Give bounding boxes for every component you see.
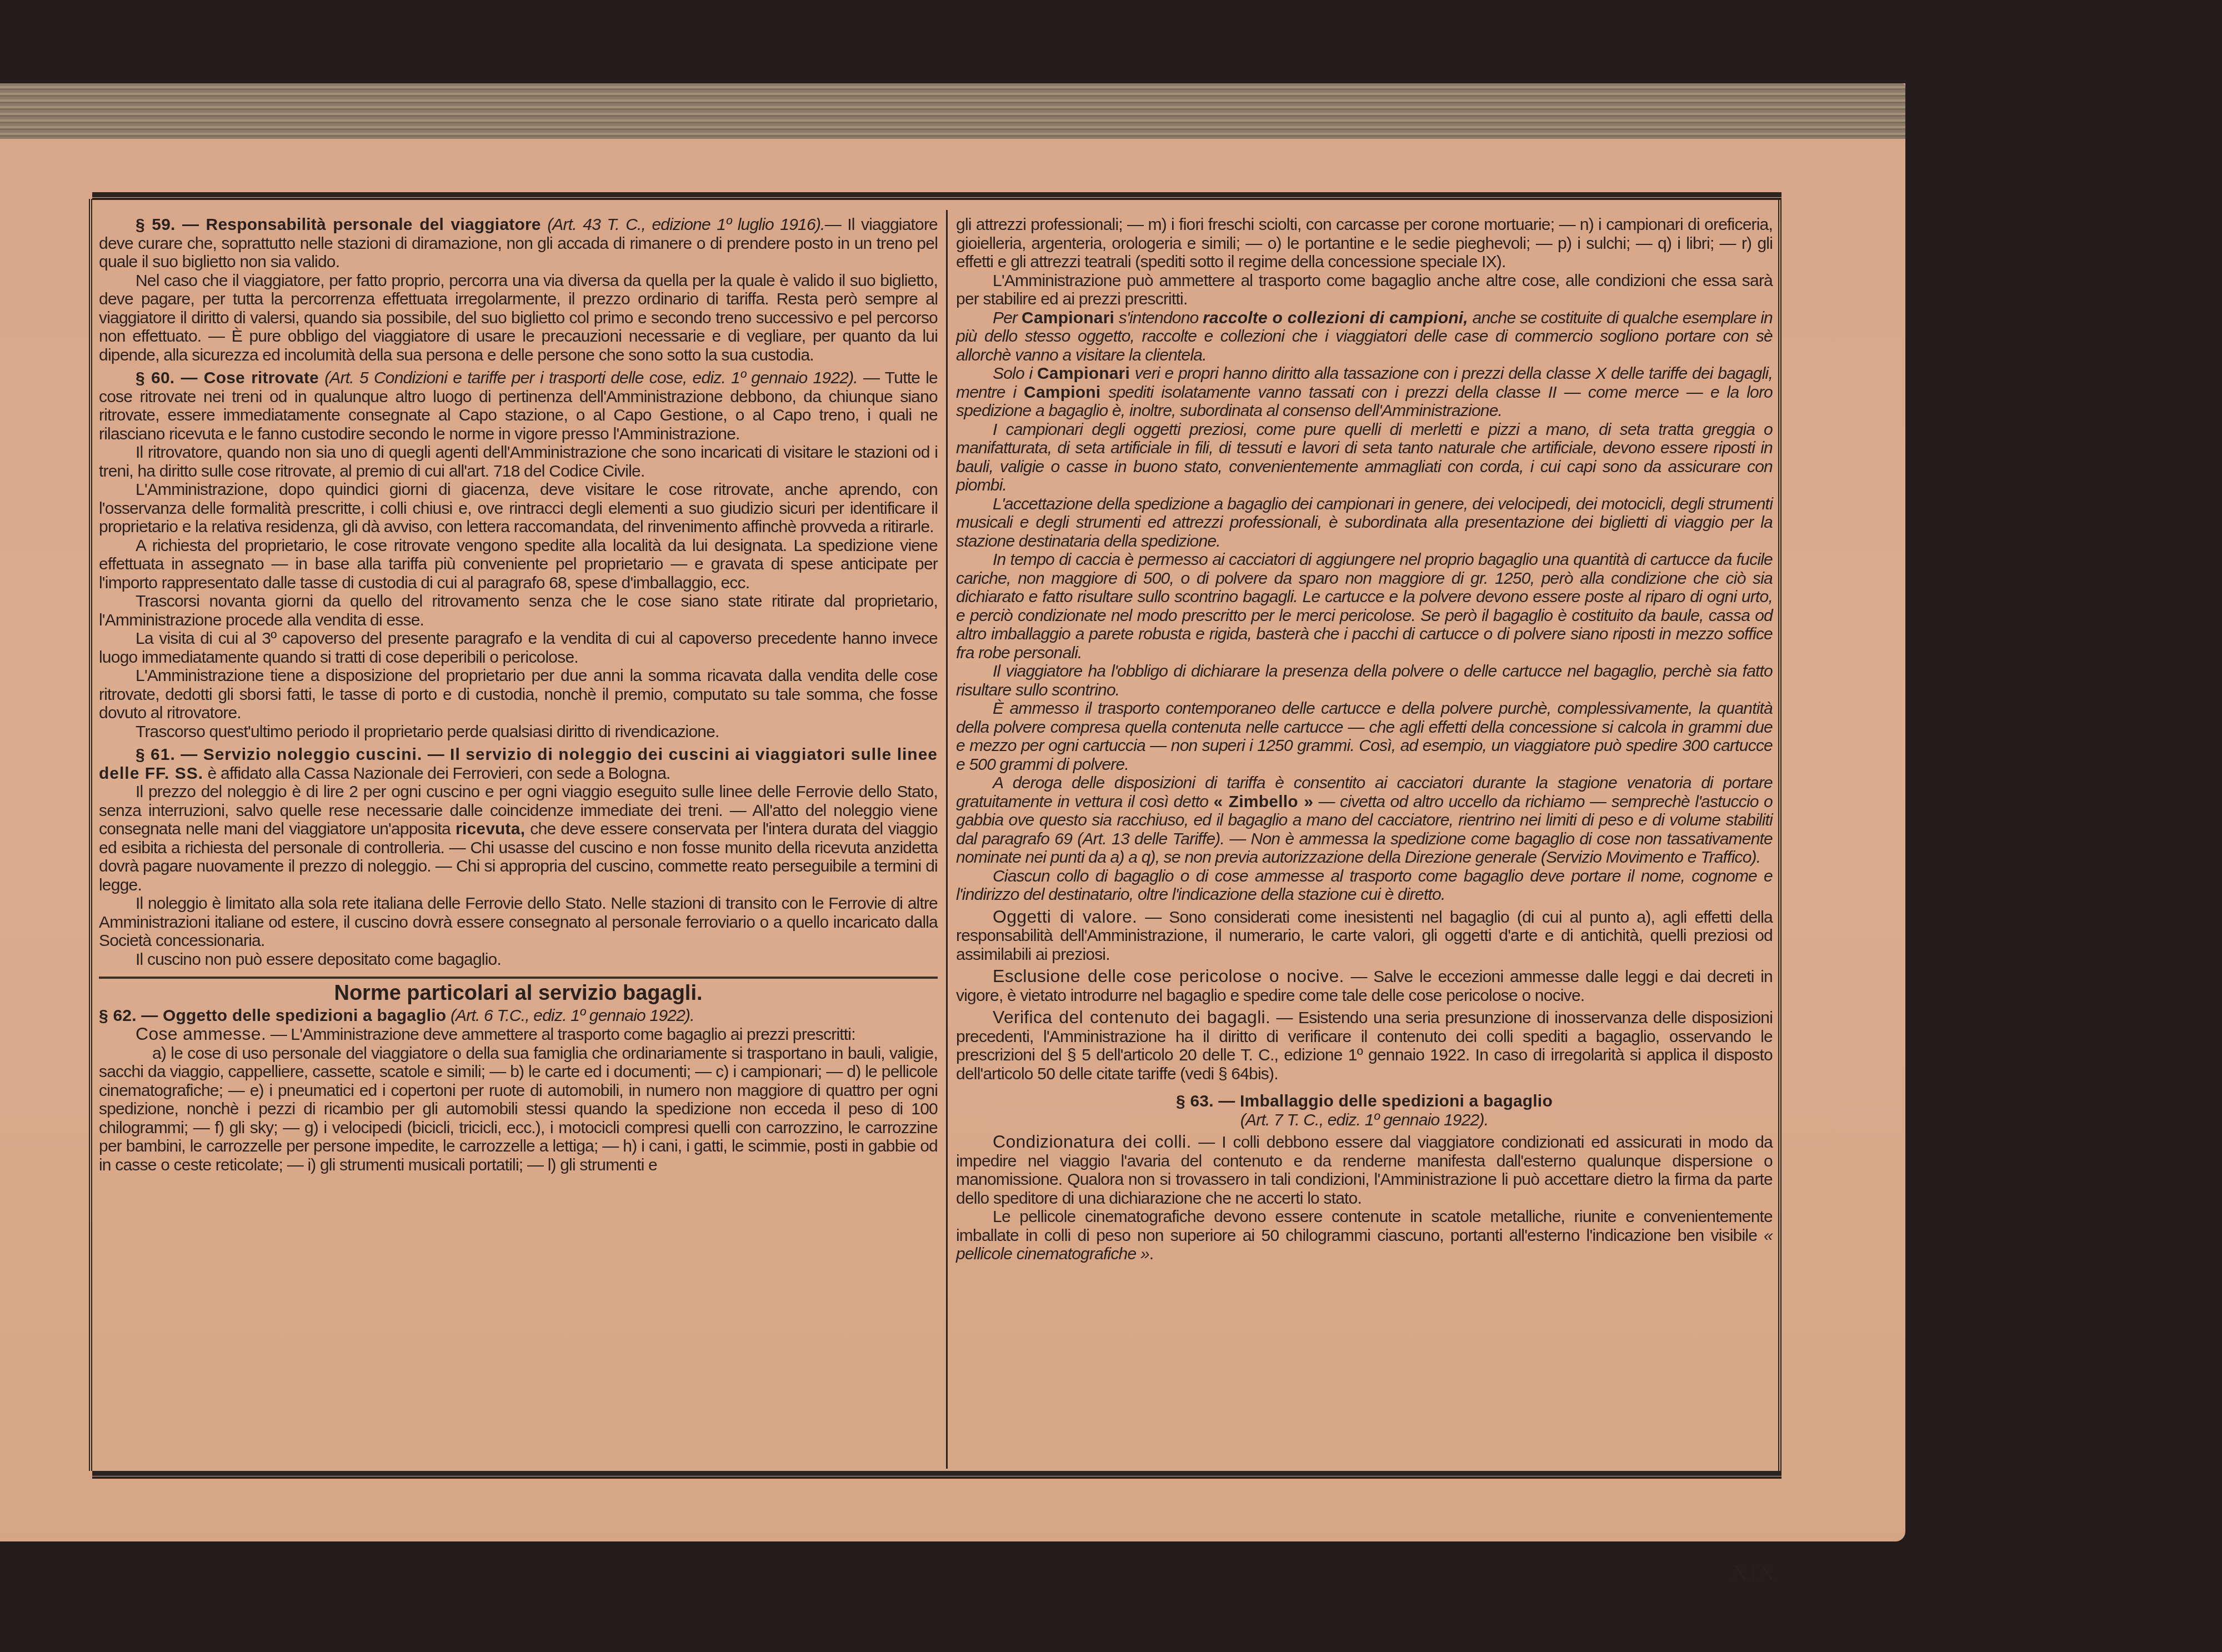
ciascun-collo-text: Ciascun collo di bagaglio o di cose amme… bbox=[956, 867, 1773, 904]
section-59: § 59. — Responsabilità personale del via… bbox=[99, 216, 938, 364]
section-60: § 60. — Cose ritrovate (Art. 5 Condizion… bbox=[99, 369, 938, 741]
accettazione-text: L'accettazione della spedizione a bagagl… bbox=[956, 495, 1773, 551]
preziosi-text: I campionari degli oggetti preziosi, com… bbox=[956, 420, 1773, 495]
zimbello-text: A deroga delle disposizioni di tariffa è… bbox=[956, 774, 1773, 867]
section-62: § 62. — Oggetto delle spedizioni a bagag… bbox=[99, 1007, 938, 1175]
campionari-classe: Solo i Campionari veri e propri hanno di… bbox=[956, 364, 1773, 420]
section-61-text-4: Il cuscino non può essere depositato com… bbox=[99, 950, 938, 969]
verifica: Verifica del contenuto dei bagagli. — Es… bbox=[956, 1008, 1773, 1083]
verifica-head: Verifica del contenuto dei bagagli. bbox=[993, 1007, 1270, 1027]
campionari-classe-a: Solo i bbox=[993, 364, 1037, 383]
section-60-text-7: L'Amministrazione tiene a disposizione d… bbox=[99, 667, 938, 723]
section-61-ricevuta: ricevuta, bbox=[456, 820, 525, 838]
obbligo-text: Il viaggiatore ha l'obbligo di dichiarar… bbox=[956, 662, 1773, 699]
section-60-text-2: Il ritrovatore, quando non sia uno di qu… bbox=[99, 443, 938, 480]
campionari-classe-bold-1: Campionari bbox=[1037, 364, 1130, 383]
section-62-list: a) le cose di uso personale del viaggiat… bbox=[99, 1044, 938, 1175]
campionari-def-a: Per bbox=[993, 309, 1022, 327]
section-63-reference: (Art. 7 T. C., ediz. 1º gennaio 1922). bbox=[956, 1111, 1773, 1130]
page-number: XIX bbox=[1732, 1560, 1776, 1586]
section-62-subhead: Cose ammesse. bbox=[136, 1024, 266, 1044]
section-60-reference: (Art. 5 Condizioni e tariffe per i trasp… bbox=[324, 369, 858, 387]
section-60-text-6: La visita di cui al 3º capoverso del pre… bbox=[99, 629, 938, 667]
condizionatura: Condizionatura dei colli. — I colli debb… bbox=[956, 1133, 1773, 1208]
list-continuation: gli attrezzi professionali; — m) i fiori… bbox=[956, 216, 1773, 272]
frame-top-rule bbox=[92, 192, 1781, 200]
section-60-text-3: L'Amministrazione, dopo quindici giorni … bbox=[99, 480, 938, 537]
section-60-text-4: A richiesta del proprietario, le cose ri… bbox=[99, 537, 938, 593]
oggetti-valore: Oggetti di valore. — Sono considerati co… bbox=[956, 908, 1773, 964]
section-title-norme: Norme particolari al servizio bagagli. bbox=[99, 984, 938, 1003]
section-59-reference: (Art. 43 T. C., edizione 1º luglio 1916)… bbox=[547, 216, 824, 234]
pellicole-c: . bbox=[1149, 1245, 1154, 1263]
section-63: § 63. — Imballaggio delle spedizioni a b… bbox=[956, 1092, 1773, 1264]
contemporaneo-text: È ammesso il trasporto contemporaneo del… bbox=[956, 699, 1773, 774]
section-61-text-3: Il noleggio è limitato alla sola rete it… bbox=[99, 894, 938, 950]
campionari-definition: Per Campionari s'intendono raccolte o co… bbox=[956, 309, 1773, 365]
esclusione-head: Esclusione delle cose pericolose o nociv… bbox=[993, 966, 1344, 986]
section-61-text-1: è affidato alla Cassa Nazionale dei Ferr… bbox=[203, 764, 670, 783]
section-rule bbox=[99, 977, 938, 979]
campionari-def-bold-2: raccolte o collezioni di campioni, bbox=[1203, 309, 1468, 327]
text-frame: § 59. — Responsabilità personale del via… bbox=[89, 199, 1781, 1471]
book-page-edge bbox=[0, 83, 1905, 139]
section-62-heading: § 62. — Oggetto delle spedizioni a bagag… bbox=[99, 1007, 446, 1025]
section-60-heading: § 60. — Cose ritrovate bbox=[136, 369, 319, 387]
left-column: § 59. — Responsabilità personale del via… bbox=[99, 216, 938, 1174]
section-61: § 61. — Servizio noleggio cuscini. — Il … bbox=[99, 745, 938, 969]
zimbello-bold: « Zimbello » bbox=[1214, 793, 1314, 811]
pellicole-a: Le pellicole cinematografiche devono ess… bbox=[956, 1208, 1773, 1245]
section-62-text-1: — L'Amministrazione deve ammettere al tr… bbox=[266, 1025, 855, 1044]
book-page: § 59. — Responsabilità personale del via… bbox=[0, 83, 1905, 1541]
column-divider bbox=[946, 210, 948, 1469]
campionari-def-bold-1: Campionari bbox=[1022, 309, 1114, 327]
caccia-text: In tempo di caccia è permesso ai cacciat… bbox=[956, 550, 1773, 662]
right-column: gli attrezzi professionali; — m) i fiori… bbox=[956, 216, 1773, 1264]
altre-cose-text: L'Amministrazione può ammettere al trasp… bbox=[956, 272, 1773, 309]
section-59-text-2: Nel caso che il viaggiatore, per fatto p… bbox=[99, 272, 938, 365]
section-59-heading: § 59. — Responsabilità personale del via… bbox=[136, 216, 541, 234]
section-60-text-8: Trascorso quest'ultimo periodo il propri… bbox=[99, 723, 938, 742]
oggetti-valore-head: Oggetti di valore. bbox=[993, 907, 1137, 927]
esclusione: Esclusione delle cose pericolose o nociv… bbox=[956, 967, 1773, 1005]
condizionatura-head: Condizionatura dei colli. bbox=[993, 1132, 1192, 1152]
section-63-heading: § 63. — Imballaggio delle spedizioni a b… bbox=[956, 1092, 1773, 1111]
frame-bottom-rule bbox=[92, 1471, 1781, 1479]
section-62-reference: (Art. 6 T.C., ediz. 1º gennaio 1922). bbox=[451, 1007, 694, 1025]
pellicole: Le pellicole cinematografiche devono ess… bbox=[956, 1208, 1773, 1264]
campionari-def-c: s'intendono bbox=[1114, 309, 1203, 327]
campionari-classe-bold-2: Campioni bbox=[1024, 383, 1100, 402]
section-60-text-5: Trascorsi novanta giorni da quello del r… bbox=[99, 592, 938, 629]
